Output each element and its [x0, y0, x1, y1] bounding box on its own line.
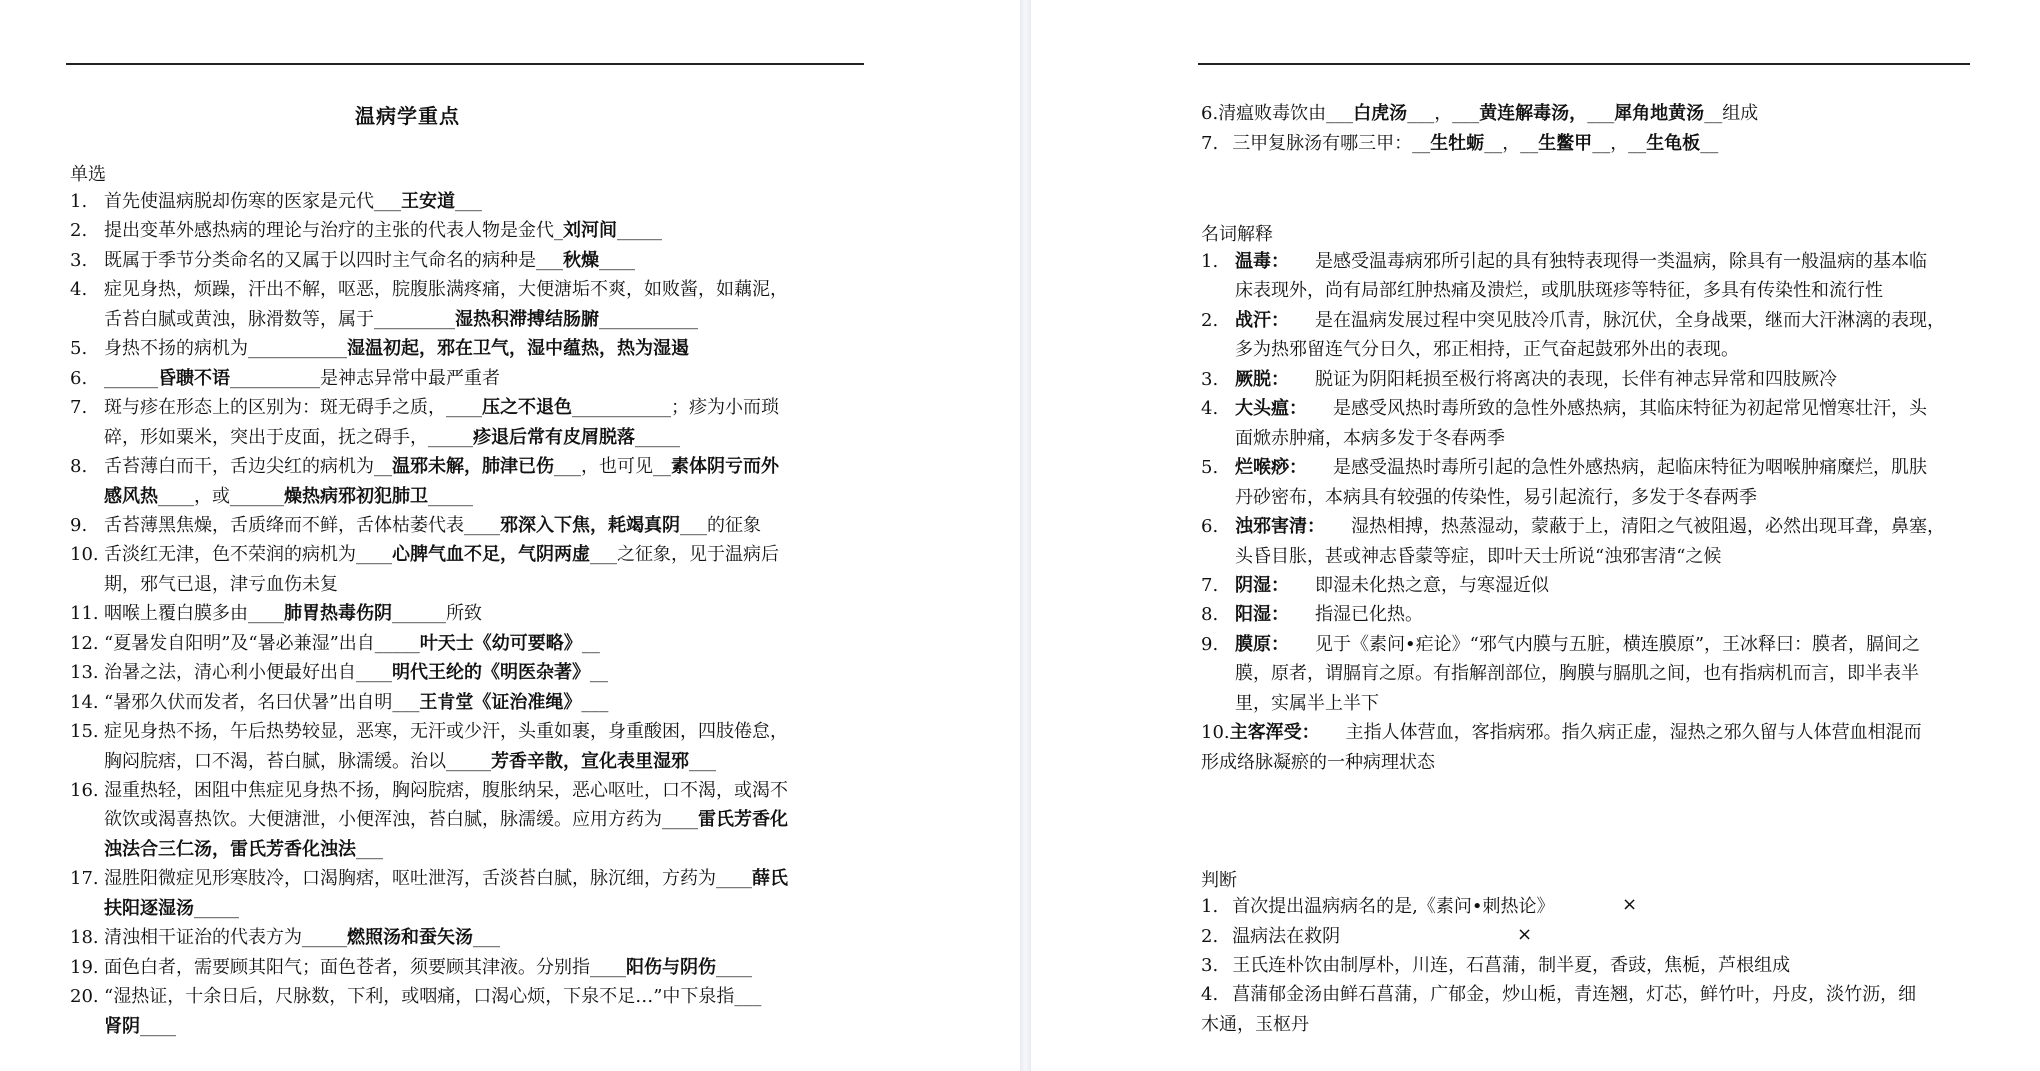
item-number: 9. — [1201, 634, 1235, 656]
term-label: 浊邪害清： — [1235, 516, 1325, 537]
text-run: ___的征象 — [680, 515, 761, 536]
item-number: 10. — [1201, 722, 1230, 743]
list-item-line: 8.舌苔薄白而干，舌边尖红的病机为__温邪未解，肺津已伤___，也可见__素体阴… — [70, 456, 779, 478]
text-run: 治暑之法，清心利小便最好出自____ — [104, 662, 392, 683]
list-item-line: 10.舌淡红无津，色不荣润的病机为____心脾气血不足，气阴两虚___之征象，见… — [70, 544, 779, 566]
answer-text: 生牡蛎 — [1430, 133, 1484, 154]
definition-text: 湿热相搏，热蒸湿动，蒙蔽于上，清阳之气被阻遏，必然出现耳聋，鼻塞， — [1351, 516, 1945, 537]
answer-text: 扶阳逐湿汤 — [104, 898, 194, 919]
item-number: 12. — [70, 633, 104, 655]
definition-text: 面焮赤肿痛，本病多发于冬春两季 — [1235, 428, 1505, 449]
text-run: 碎，形如粟米，突出于皮面，抚之碍手，_____ — [104, 427, 473, 448]
term-definition-line: 面焮赤肿痛，本病多发于冬春两季 — [1201, 428, 1505, 450]
term-definition-line: 8.阳湿：指湿已化热。 — [1201, 604, 1423, 626]
item-number: 3. — [1201, 369, 1235, 391]
item-number: 7. — [1201, 133, 1218, 154]
document-page-right: 6.清瘟败毒饮由___白虎汤___，___黄连解毒汤，___犀角地黄汤__组成7… — [1031, 0, 2040, 1071]
text-run: ______所致 — [392, 603, 482, 624]
text-run: 三甲复脉汤有哪三甲：__ — [1232, 133, 1430, 154]
text-run: __，__ — [1484, 133, 1538, 154]
text-run: ___ — [473, 927, 500, 948]
item-number: 4. — [1201, 984, 1218, 1005]
term-definition-line: 7.阴湿：即湿未化热之意，与寒湿近似 — [1201, 575, 1549, 597]
answer-text: 雷氏芳香化 — [698, 809, 788, 830]
list-item-line: 7.三甲复脉汤有哪三甲：__生牡蛎__，__生鳖甲__，__生龟板__ — [1201, 133, 1718, 155]
term-definition-line: 形成络脉凝瘀的一种病理状态 — [1201, 752, 1435, 774]
term-label: 大头瘟： — [1235, 398, 1307, 419]
text-run: 症见身热不扬，午后热势较显，恶寒，无汗或少汗，头重如裹，身重酸困，四肢倦怠， — [104, 721, 788, 742]
item-number: 1. — [1201, 896, 1218, 917]
list-item-line: 12.“夏暑发自阳明”及“暑必兼湿”出自_____叶天士《幼可要略》__ — [70, 633, 600, 655]
list-item-line: 舌苔白腻或黄浊，脉滑数等，属于_________湿热积滞搏结肠腑________… — [70, 309, 698, 331]
term-definition-line: 5.烂喉痧：是感受温热时毒所引起的急性外感热病，起临床特征为咽喉肿痛糜烂，肌肤 — [1201, 457, 1927, 479]
item-number: 7. — [1201, 575, 1235, 597]
text-run: 斑与疹在形态上的区别为：斑无碍手之质，____ — [104, 397, 482, 418]
definition-text: 主指人体营血，客指病邪。指久病正虚，湿热之邪久留与人体营血相混而 — [1346, 722, 1922, 743]
section-heading-terms: 名词解释 — [1201, 220, 1273, 246]
list-item-line: 胸闷脘痞，口不渴，苔白腻，脉濡缓。治以_____芳香辛散，宣化表里湿邪___ — [70, 751, 716, 773]
term-definition-line: 头昏目胀，甚或神志昏蒙等症，即叶天士所说“浊邪害清“之候 — [1201, 546, 1721, 568]
text-run: _____ — [194, 898, 239, 919]
answer-text: 素体阴亏而外 — [671, 456, 779, 477]
section-heading-single-choice: 单选 — [70, 160, 106, 186]
false-mark-icon: × — [1622, 894, 1637, 915]
term-definition-line: 4.大头瘟：是感受风热时毒所致的急性外感热病，其临床特征为初起常见憎寒壮汗，头 — [1201, 398, 1927, 420]
answer-text: 肾阴 — [104, 1016, 140, 1037]
answer-text: 明代王纶的《明医杂著》 — [392, 662, 590, 683]
list-item-line: 1.首先使温病脱却伤寒的医家是元代___王安道___ — [70, 191, 482, 213]
term-definition-line: 丹砂密布，本病具有较强的传染性，易引起流行，多发于冬春两季 — [1201, 487, 1757, 509]
answer-text: 心脾气血不足，气阴两虚 — [392, 544, 590, 565]
text-run: “湿热证，十余日后，尺脉数，下利，或咽痛，口渴心烦，下泉不足…”中下泉指___ — [104, 986, 761, 1007]
text-run: 胸闷脘痞，口不渴，苔白腻，脉濡缓。治以_____ — [104, 751, 491, 772]
term-label: 战汗： — [1235, 310, 1289, 331]
item-number: 1. — [70, 191, 104, 213]
text-run: 既属于季节分类命名的又属于以四时主气命名的病种是___ — [104, 250, 563, 271]
term-definition-line: 多为热邪留连气分日久，邪正相持，正气奋起鼓邪外出的表现。 — [1201, 339, 1739, 361]
text-run: __组成 — [1704, 103, 1758, 124]
definition-text: 床表现外，尚有局部红肿热痛及溃烂，或肌肤斑疹等特征，多具有传染性和流行性 — [1235, 280, 1883, 301]
item-number: 11. — [70, 603, 104, 625]
answer-text: 温邪未解，肺津已伤 — [392, 456, 554, 477]
answer-text: 白虎汤 — [1353, 103, 1407, 124]
item-number: 2. — [1201, 926, 1218, 947]
definition-text: 丹砂密布，本病具有较强的传染性，易引起流行，多发于冬春两季 — [1235, 487, 1757, 508]
list-item-line: 14.“暑邪久伏而发者，名曰伏暑”出自明___王肯堂《证治准绳》___ — [70, 692, 608, 714]
text-run: ____ — [599, 250, 635, 271]
judgement-text: 菖蒲郁金汤由鲜石菖蒲，广郁金，炒山栀，青连翘，灯芯，鲜竹叶，丹皮，淡竹沥，细 — [1232, 984, 1916, 1005]
answer-text: 刘河间 — [563, 220, 617, 241]
definition-text: 是感受风热时毒所致的急性外感热病，其临床特征为初起常见憎寒壮汗，头 — [1333, 398, 1927, 419]
judgement-item: 4.菖蒲郁金汤由鲜石菖蒲，广郁金，炒山栀，青连翘，灯芯，鲜竹叶，丹皮，淡竹沥，细 — [1201, 984, 1916, 1006]
text-run: 湿胜阳微症见形寒肢冷，口渴胸痞，呕吐泄泻，舌淡苔白腻，脉沉细，方药为____ — [104, 868, 752, 889]
item-number: 3. — [1201, 955, 1218, 976]
item-number: 13. — [70, 662, 104, 684]
definition-text: 形成络脉凝瘀的一种病理状态 — [1201, 752, 1435, 773]
list-item-line: 期，邪气已退，津亏血伤未复 — [70, 574, 338, 596]
text-run: “夏暑发自阳明”及“暑必兼湿”出自_____ — [104, 633, 420, 654]
text-run: __________是神志异常中最严重者 — [230, 368, 500, 389]
answer-text: 黄连解毒汤， — [1479, 103, 1587, 124]
definition-text: 是感受温毒病邪所引起的具有独特表现得一类温病，除具有一般温病的基本临 — [1315, 251, 1927, 272]
text-run: 舌苔白腻或黄浊，脉滑数等，属于_________ — [104, 309, 455, 330]
text-run: 期，邪气已退，津亏血伤未复 — [104, 574, 338, 595]
list-item-line: 17.湿胜阳微症见形寒肢冷，口渴胸痞，呕吐泄泻，舌淡苔白腻，脉沉细，方药为___… — [70, 868, 788, 890]
definition-text: 是在温病发展过程中突见肢冷爪青，脉沉伏，全身战栗，继而大汗淋漓的表现， — [1315, 310, 1945, 331]
list-item-line: 6.______昏聩不语__________是神志异常中最严重者 — [70, 368, 500, 390]
text-run: ___________ — [599, 309, 698, 330]
text-run: 提出变革外感热病的理论与治疗的主张的代表人物是金代_ — [104, 220, 563, 241]
item-number: 17. — [70, 868, 104, 890]
list-item-line: 欲饮或渴喜热饮。大便溏泄，小便浑浊，苔白腻，脉濡缓。应用方药为____雷氏芳香化 — [70, 809, 788, 831]
list-item-line: 9.舌苔薄黑焦燥，舌质绛而不鲜，舌体枯萎代表____邪深入下焦，耗竭真阴___的… — [70, 515, 761, 537]
answer-text: 生龟板 — [1646, 133, 1700, 154]
answer-text: 王安道 — [401, 191, 455, 212]
item-number: 20. — [70, 986, 104, 1008]
text-run: ___，___ — [1407, 103, 1479, 124]
text-run: ___ — [581, 692, 608, 713]
answer-text: 压之不退色 — [482, 397, 572, 418]
text-run: ___ — [455, 191, 482, 212]
item-number: 5. — [70, 338, 104, 360]
answer-text: 犀角地黄汤 — [1614, 103, 1704, 124]
text-run: 舌苔薄黑焦燥，舌质绛而不鲜，舌体枯萎代表____ — [104, 515, 500, 536]
list-item-line: 4.症见身热，烦躁，汗出不解，呕恶，脘腹胀满疼痛，大便溏垢不爽，如败酱，如藕泥， — [70, 279, 788, 301]
answer-text: 阳伤与阴伤 — [626, 957, 716, 978]
answer-text: 昏聩不语 — [158, 368, 230, 389]
false-mark-icon: × — [1517, 924, 1532, 945]
term-definition-line: 1.温毒：是感受温毒病邪所引起的具有独特表现得一类温病，除具有一般温病的基本临 — [1201, 251, 1927, 273]
text-run: ___之征象，见于温病后 — [590, 544, 779, 565]
judgement-text: 温病法在救阴 — [1232, 926, 1340, 947]
definition-text: 是感受温热时毒所引起的急性外感热病，起临床特征为咽喉肿痛糜烂，肌肤 — [1333, 457, 1927, 478]
text-run: ___ — [1587, 103, 1614, 124]
judgement-text: 木通，玉枢丹 — [1201, 1014, 1309, 1035]
text-run: 欲饮或渴喜热饮。大便溏泄，小便浑浊，苔白腻，脉濡缓。应用方药为____ — [104, 809, 698, 830]
item-number: 9. — [70, 515, 104, 537]
list-item-line: 6.清瘟败毒饮由___白虎汤___，___黄连解毒汤，___犀角地黄汤__组成 — [1201, 103, 1758, 125]
text-run: ___ — [689, 751, 716, 772]
text-run: 舌苔薄白而干，舌边尖红的病机为__ — [104, 456, 392, 477]
item-number: 16. — [70, 780, 104, 802]
term-definition-line: 膜，原者，谓膈肓之原。有指解剖部位，胸膜与膈肌之间，也有指病机而言，即半表半 — [1201, 663, 1919, 685]
page-gap — [1020, 0, 1031, 1071]
text-run: ___________；疹为小而琐 — [572, 397, 779, 418]
item-number: 8. — [70, 456, 104, 478]
text-run: 清浊相干证治的代表方为_____ — [104, 927, 347, 948]
term-definition-line: 3.厥脱：脱证为阴阳耗损至极行将离决的表现，长伴有神志异常和四肢厥冷 — [1201, 369, 1837, 391]
list-item-line: 13.治暑之法，清心利小便最好出自____明代王纶的《明医杂著》__ — [70, 662, 608, 684]
text-run: _____ — [635, 427, 680, 448]
term-label: 阳湿： — [1235, 604, 1289, 625]
definition-text: 脱证为阴阳耗损至极行将离决的表现，长伴有神志异常和四肢厥冷 — [1315, 369, 1837, 390]
text-run: ______ — [104, 368, 158, 389]
list-item-line: 15.症见身热不扬，午后热势较显，恶寒，无汗或少汗，头重如裹，身重酸困，四肢倦怠… — [70, 721, 788, 743]
definition-text: 见于《素问•疟论》“邪气内膜与五脏，横连膜原”，王冰释曰：膜者，膈间之 — [1315, 634, 1920, 655]
judgement-item: 2.温病法在救阴 — [1201, 926, 1340, 948]
header-rule — [66, 63, 864, 65]
list-item-line: 扶阳逐湿汤_____ — [70, 898, 239, 920]
term-label: 膜原： — [1235, 634, 1289, 655]
item-number: 8. — [1201, 604, 1235, 626]
list-item-line: 感风热____，或______燥热病邪初犯肺卫_____ — [70, 486, 473, 508]
term-label: 阴湿： — [1235, 575, 1289, 596]
answer-text: 感风热 — [104, 486, 158, 507]
definition-text: 膜，原者，谓膈肓之原。有指解剖部位，胸膜与膈肌之间，也有指病机而言，即半表半 — [1235, 663, 1919, 684]
answer-text: 燃照汤和蚕矢汤 — [347, 927, 473, 948]
document-page-left: 温病学重点 单选 1.首先使温病脱却伤寒的医家是元代___王安道___2.提出变… — [0, 0, 1020, 1071]
item-number: 6. — [1201, 516, 1235, 538]
text-run: 首先使温病脱却伤寒的医家是元代___ — [104, 191, 401, 212]
answer-text: 叶天士《幼可要略》 — [420, 633, 582, 654]
list-item-line: 浊法合三仁汤，雷氏芳香化浊法___ — [70, 839, 383, 861]
text-run: _____ — [617, 220, 662, 241]
answer-text: 燥热病邪初犯肺卫 — [284, 486, 428, 507]
list-item-line: 5.身热不扬的病机为___________湿温初起，邪在卫气，湿中蕴热，热为湿遏 — [70, 338, 689, 360]
term-label: 烂喉痧： — [1235, 457, 1307, 478]
section-heading-judgement: 判断 — [1201, 866, 1237, 892]
definition-text: 里，实属半上半下 — [1235, 693, 1379, 714]
answer-text: 湿热积滞搏结肠腑 — [455, 309, 599, 330]
term-definition-line: 9.膜原：见于《素问•疟论》“邪气内膜与五脏，横连膜原”，王冰释曰：膜者，膈间之 — [1201, 634, 1920, 656]
list-item-line: 碎，形如粟米，突出于皮面，抚之碍手，_____疹退后常有皮屑脱落_____ — [70, 427, 680, 449]
term-label: 厥脱： — [1235, 369, 1289, 390]
term-label: 主客浑受： — [1230, 722, 1320, 743]
text-run: ____ — [140, 1016, 176, 1037]
answer-text: 芳香辛散，宣化表里湿邪 — [491, 751, 689, 772]
document-title: 温病学重点 — [355, 100, 460, 129]
answer-text: 肺胃热毒伤阴 — [284, 603, 392, 624]
item-number: 19. — [70, 957, 104, 979]
text-run: 湿重热轻，困阻中焦症见身热不扬，胸闷脘痞，腹胀纳呆，恶心呕吐，口不渴，或渴不 — [104, 780, 788, 801]
text-run: ____ — [716, 957, 752, 978]
term-label: 温毒： — [1235, 251, 1289, 272]
term-definition-line: 6.浊邪害清：湿热相搏，热蒸湿动，蒙蔽于上，清阳之气被阻遏，必然出现耳聋，鼻塞， — [1201, 516, 1945, 538]
text-run: ____，或______ — [158, 486, 284, 507]
item-number: 5. — [1201, 457, 1235, 479]
text-run: 症见身热，烦躁，汗出不解，呕恶，脘腹胀满疼痛，大便溏垢不爽，如败酱，如藕泥， — [104, 279, 788, 300]
answer-text: 王肯堂《证治准绳》 — [419, 692, 581, 713]
text-run: __，__ — [1592, 133, 1646, 154]
text-run: 面色白者，需要顾其阳气；面色苍者，须要顾其津液。分别指____ — [104, 957, 626, 978]
text-run: ___ — [356, 839, 383, 860]
answer-text: 生鳖甲 — [1538, 133, 1592, 154]
judgement-item: 1.首次提出温病病名的是,《素问•刺热论》 — [1201, 896, 1555, 918]
item-number: 14. — [70, 692, 104, 714]
list-item-line: 18.清浊相干证治的代表方为_____燃照汤和蚕矢汤___ — [70, 927, 500, 949]
item-number: 15. — [70, 721, 104, 743]
answer-text: 湿温初起，邪在卫气，湿中蕴热，热为湿遏 — [347, 338, 689, 359]
list-item-line: 16.湿重热轻，困阻中焦症见身热不扬，胸闷脘痞，腹胀纳呆，恶心呕吐，口不渴，或渴… — [70, 780, 788, 802]
term-definition-line: 里，实属半上半下 — [1201, 693, 1379, 715]
judgement-text: 王氏连朴饮由制厚朴，川连，石菖蒲，制半夏，香豉，焦栀，芦根组成 — [1232, 955, 1790, 976]
judgement-item: 3.王氏连朴饮由制厚朴，川连，石菖蒲，制半夏，香豉，焦栀，芦根组成 — [1201, 955, 1790, 977]
text-run: “暑邪久伏而发者，名曰伏暑”出自明___ — [104, 692, 419, 713]
item-number: 3. — [70, 250, 104, 272]
list-item-line: 肾阴____ — [70, 1016, 176, 1038]
definition-text: 指湿已化热。 — [1315, 604, 1423, 625]
term-definition-line: 10.主客浑受：主指人体营血，客指病邪。指久病正虚，湿热之邪久留与人体营血相混而 — [1201, 722, 1922, 744]
text-run: __ — [582, 633, 600, 654]
text-run: __ — [590, 662, 608, 683]
list-item-line: 20.“湿热证，十余日后，尺脉数，下利，或咽痛，口渴心烦，下泉不足…”中下泉指_… — [70, 986, 761, 1008]
text-run: 舌淡红无津，色不荣润的病机为____ — [104, 544, 392, 565]
definition-text: 头昏目胀，甚或神志昏蒙等症，即叶天士所说“浊邪害清“之候 — [1235, 546, 1721, 567]
answer-text: 疹退后常有皮屑脱落 — [473, 427, 635, 448]
header-rule — [1198, 63, 1970, 65]
item-number: 2. — [1201, 310, 1235, 332]
item-number: 6. — [70, 368, 104, 390]
item-number: 4. — [70, 279, 104, 301]
item-number: 18. — [70, 927, 104, 949]
list-item-line: 2.提出变革外感热病的理论与治疗的主张的代表人物是金代_刘河间_____ — [70, 220, 662, 242]
term-definition-line: 2.战汗：是在温病发展过程中突见肢冷爪青，脉沉伏，全身战栗，继而大汗淋漓的表现， — [1201, 310, 1945, 332]
text-run: 咽喉上覆白膜多由____ — [104, 603, 284, 624]
text-run: 清瘟败毒饮由___ — [1218, 103, 1353, 124]
answer-text: 薛氏 — [752, 868, 788, 889]
answer-text: 邪深入下焦，耗竭真阴 — [500, 515, 680, 536]
item-number: 6. — [1201, 103, 1218, 124]
item-number: 10. — [70, 544, 104, 566]
list-item-line: 7.斑与疹在形态上的区别为：斑无碍手之质，____压之不退色__________… — [70, 397, 779, 419]
definition-text: 即湿未化热之意，与寒湿近似 — [1315, 575, 1549, 596]
answer-text: 浊法合三仁汤，雷氏芳香化浊法 — [104, 839, 356, 860]
list-item-line: 19.面色白者，需要顾其阳气；面色苍者，须要顾其津液。分别指____阳伤与阴伤_… — [70, 957, 752, 979]
text-run: 身热不扬的病机为___________ — [104, 338, 347, 359]
item-number: 2. — [70, 220, 104, 242]
list-item-line: 11.咽喉上覆白膜多由____肺胃热毒伤阴______所致 — [70, 603, 482, 625]
text-run: _____ — [428, 486, 473, 507]
term-definition-line: 床表现外，尚有局部红肿热痛及溃烂，或肌肤斑疹等特征，多具有传染性和流行性 — [1201, 280, 1883, 302]
item-number: 7. — [70, 397, 104, 419]
definition-text: 多为热邪留连气分日久，邪正相持，正气奋起鼓邪外出的表现。 — [1235, 339, 1739, 360]
judgement-item-continued: 木通，玉枢丹 — [1201, 1014, 1309, 1036]
text-run: __ — [1700, 133, 1718, 154]
judgement-text: 首次提出温病病名的是,《素问•刺热论》 — [1232, 896, 1554, 917]
item-number: 4. — [1201, 398, 1235, 420]
item-number: 1. — [1201, 251, 1235, 273]
answer-text: 秋燥 — [563, 250, 599, 271]
list-item-line: 3.既属于季节分类命名的又属于以四时主气命名的病种是___秋燥____ — [70, 250, 635, 272]
text-run: ___，也可见__ — [554, 456, 671, 477]
